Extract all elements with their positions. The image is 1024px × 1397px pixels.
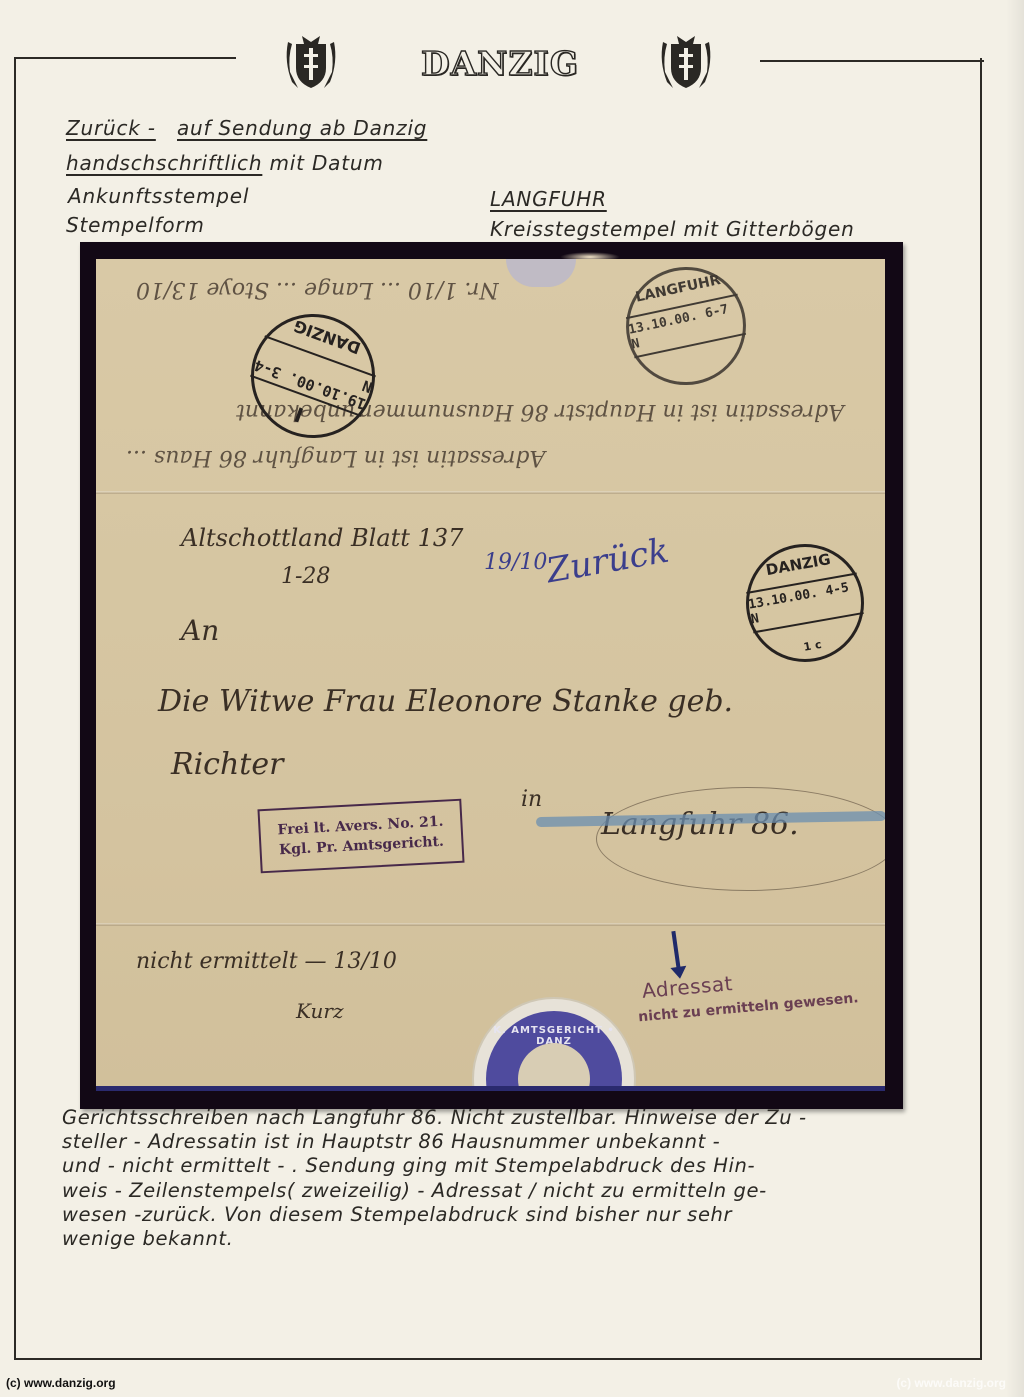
caption-line: und - nicht ermittelt - . Sendung ging m… — [62, 1154, 902, 1178]
top-rule-left — [14, 57, 236, 59]
caption-line: wesen -zurück. Von diesem Stempelabdruck… — [62, 1203, 902, 1227]
caption-line: weis - Zeilenstempels( zweizeilig) - Adr… — [62, 1179, 902, 1203]
document-frame: Nr. 1/10 ... Lange ... Stoye 13/10 Adres… — [80, 242, 903, 1109]
page-edge-shadow — [1006, 0, 1024, 1397]
danzig-coat-of-arms-icon — [280, 32, 342, 94]
court-letter: Nr. 1/10 ... Lange ... Stoye 13/10 Adres… — [96, 259, 885, 1091]
handwriting-return-date: 19/10 — [484, 547, 547, 579]
handwriting-in: in — [521, 787, 542, 812]
description-line-2: handschschriftlich mit Datum — [66, 151, 384, 175]
return-date-text: 19/10 — [484, 550, 547, 575]
handwriting-addressee-maiden-name: Richter — [171, 747, 283, 782]
court-seal-amtsgericht: K. AMTSGERICHT • DANZ — [474, 999, 634, 1091]
seal-blue-ring: K. AMTSGERICHT • DANZ — [486, 1011, 622, 1091]
description-return-label: Zurück - — [66, 116, 156, 140]
description-route: auf Sendung ab Danzig — [177, 116, 427, 140]
description-handwritten: handschschriftlich — [66, 151, 262, 175]
caption-line: steller - Adressatin ist in Hauptstr 86 … — [62, 1130, 902, 1154]
pointer-arrow-icon — [671, 931, 680, 969]
label-arrival-stamp: Ankunftsstempel — [68, 184, 249, 208]
item-caption: Gerichtsschreiben nach Langfuhr 86. Nich… — [62, 1106, 902, 1251]
description-line-1: Zurück - auf Sendung ab Danzig — [66, 116, 427, 140]
handwriting-an: An — [181, 614, 219, 647]
seal-fragment-top — [506, 259, 576, 287]
handwriting-not-found-note: nicht ermittelt — 13/10 — [136, 949, 397, 974]
letter-bottom-edge — [96, 1086, 885, 1091]
label-langfuhr: LANGFUHR — [490, 187, 607, 211]
fold-line — [96, 923, 885, 926]
postmark-langfuhr: LANGFUHR 13.10.00. 6-7 N — [615, 259, 757, 396]
handwriting-reference-number: 1-28 — [281, 564, 330, 589]
handwriting-return-note: Zurück — [543, 531, 671, 592]
official-free-franking-box-stamp: Frei lt. Avers. No. 21. Kgl. Pr. Amtsger… — [257, 799, 464, 874]
langfuhr-text: LANGFUHR — [490, 187, 607, 211]
danzig-coat-of-arms-icon — [655, 32, 717, 94]
handwriting-addressee: Die Witwe Frau Eleonore Stanke geb. — [158, 684, 733, 719]
description-date: mit Datum — [270, 151, 384, 175]
handwriting-reference: Altschottland Blatt 137 — [181, 524, 463, 552]
postmark-danzig-departure: DANZIG 13.10.00. 4-5 N 1 c — [737, 535, 874, 672]
label-stamp-form: Stempelform — [66, 213, 205, 237]
handwriting-upside-down: Nr. 1/10 ... Lange ... Stoye 13/10 — [136, 277, 499, 302]
label-stamp-type: Kreisstegstempel mit Gitterbögen — [490, 217, 855, 241]
postmark-suffix: 1 c — [756, 630, 869, 662]
copyright-watermark: (c) www.danzig.org — [896, 1376, 1006, 1390]
eagle-emblem-icon — [518, 1043, 590, 1091]
handwriting-upside-down: Adressatin ist in Langfuhr 86 Haus ... — [126, 445, 545, 470]
page-title: DANZIG — [410, 44, 590, 83]
top-rule-right — [760, 60, 984, 62]
handwriting-signature: Kurz — [296, 999, 343, 1023]
postmark-danzig-arrival: I 19.10.00. 3-4 N DANZIG — [234, 297, 393, 456]
copyright-credit: (c) www.danzig.org — [6, 1376, 116, 1390]
caption-line: Gerichtsschreiben nach Langfuhr 86. Nich… — [62, 1106, 902, 1130]
caption-line: wenige bekannt. — [62, 1227, 902, 1251]
postmark-date: 13.10.00. 4-5 N — [746, 573, 864, 634]
fold-line — [96, 491, 885, 494]
